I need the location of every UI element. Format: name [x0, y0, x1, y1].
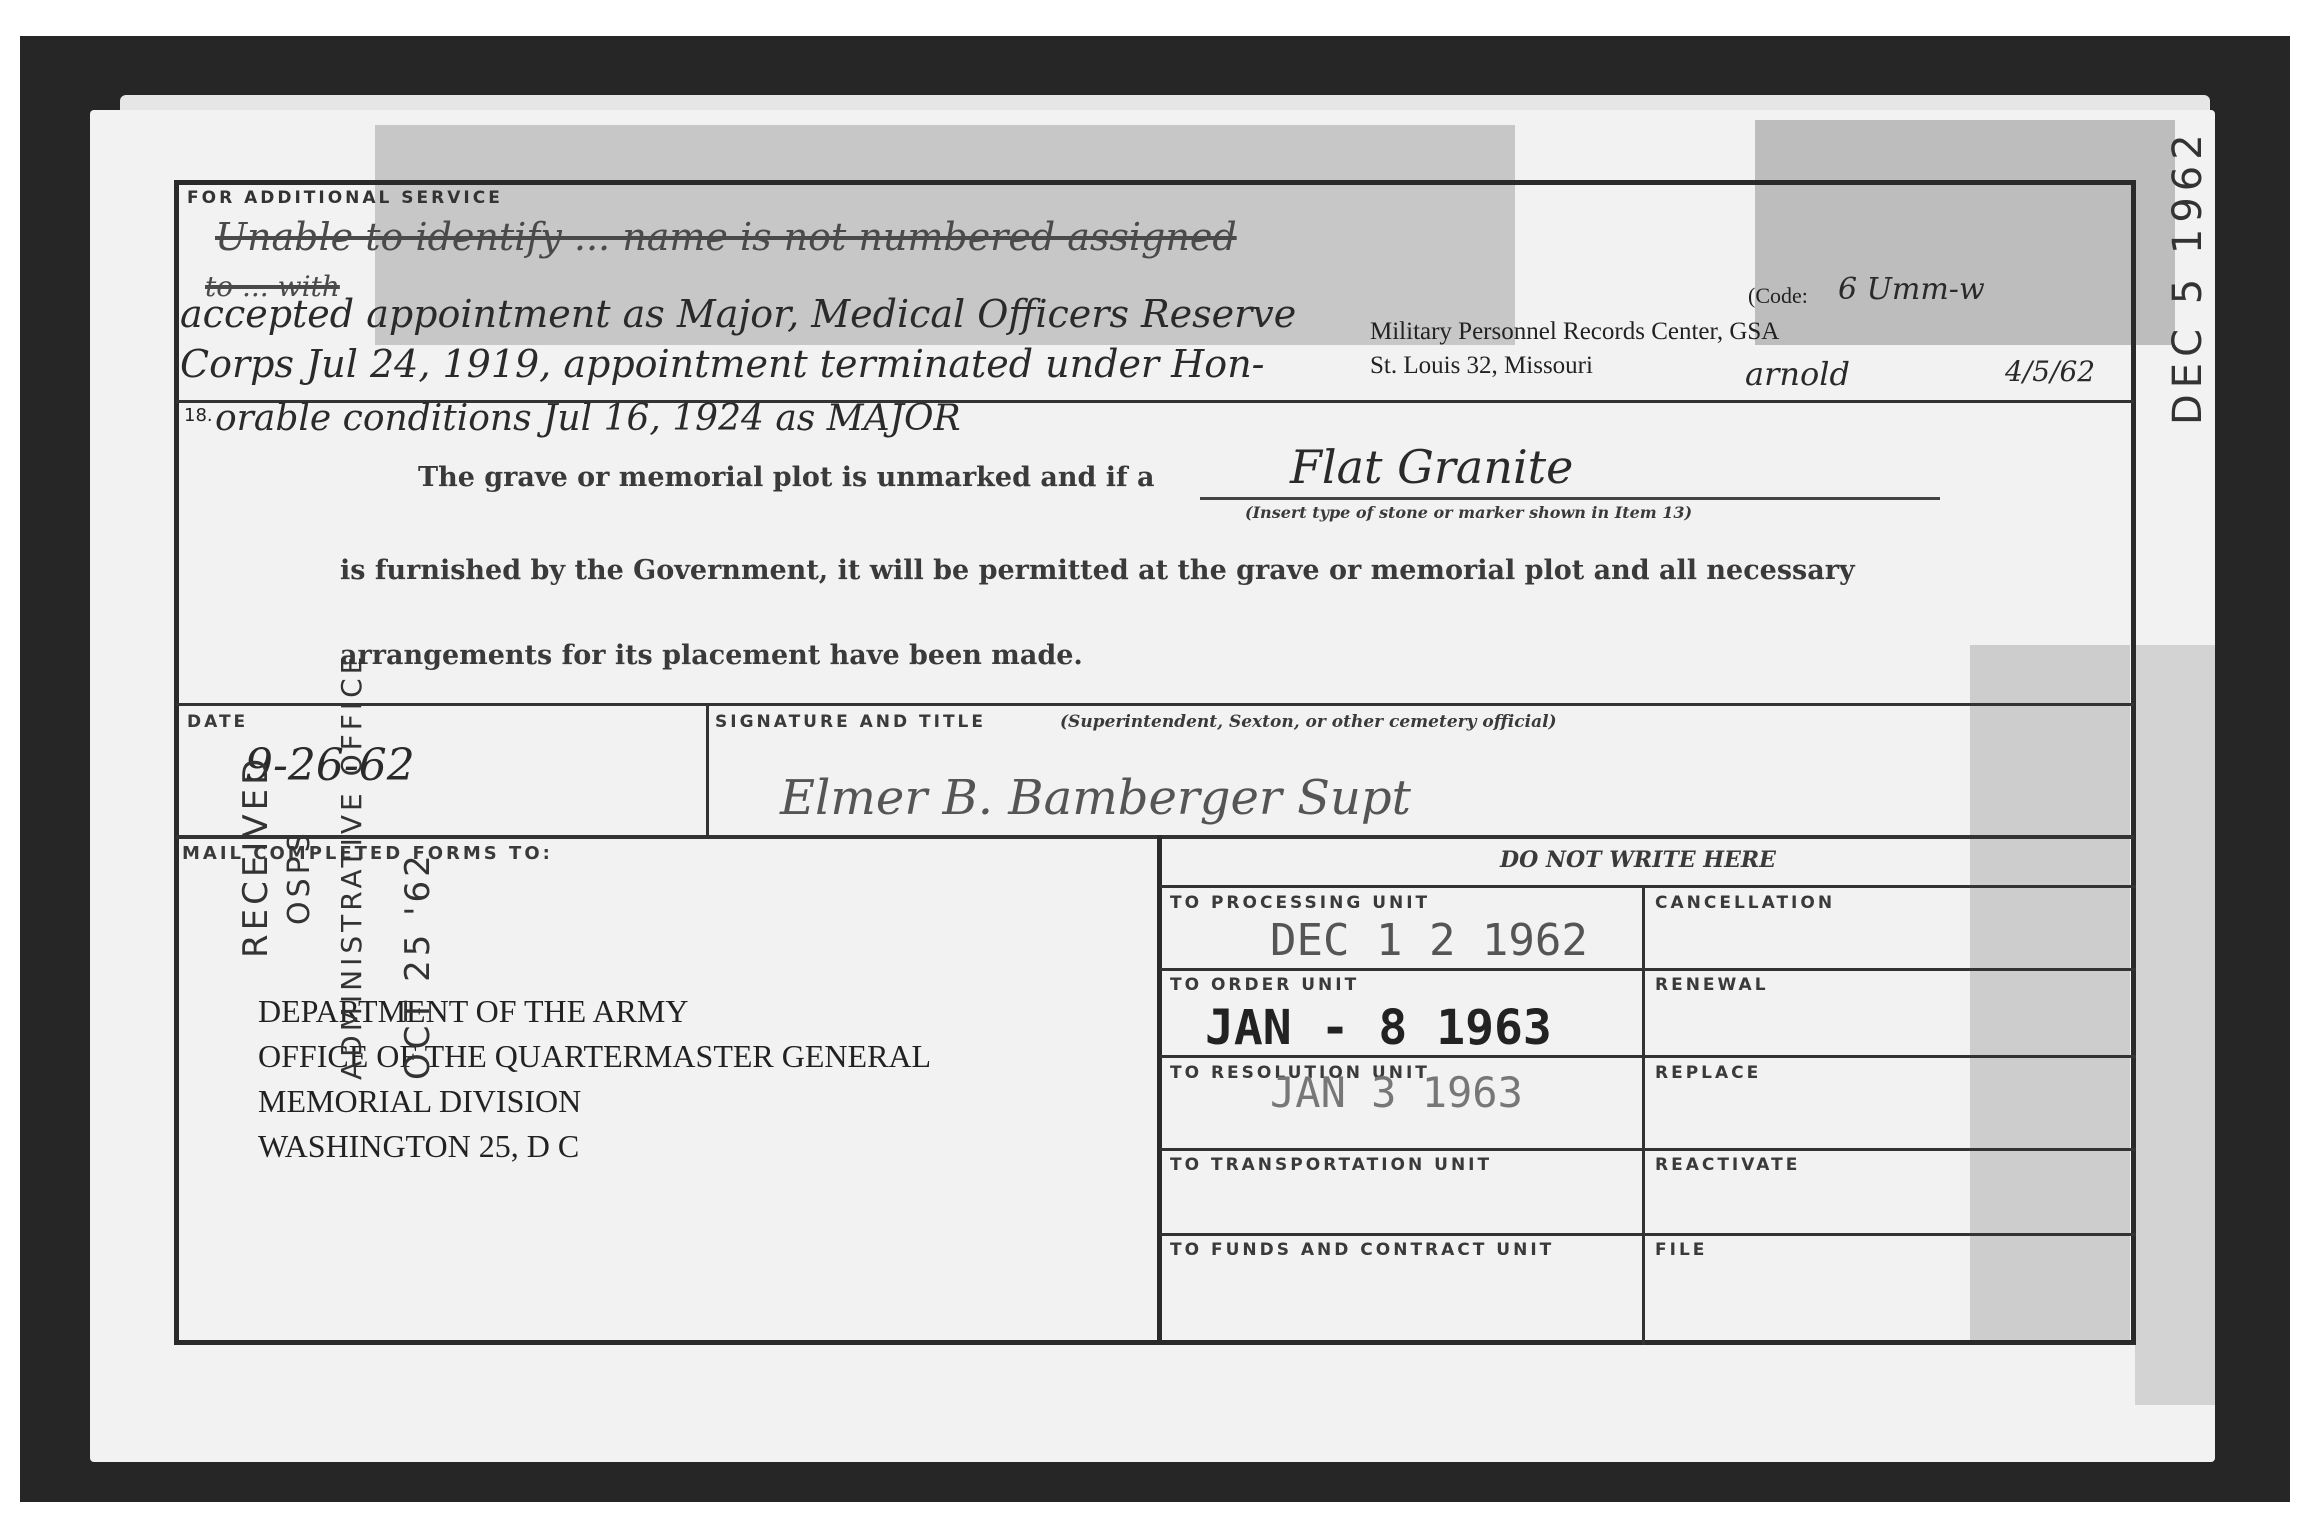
received-stamp-line2: OSPS [282, 829, 317, 925]
office-use-header: DO NOT WRITE HERE [1500, 847, 1776, 873]
service-note-line2: Corps Jul 24, 1919, appointment terminat… [180, 342, 1265, 386]
renewal-label: RENEWAL [1655, 975, 1769, 995]
reviewer-initials: arnold [1745, 355, 1850, 393]
signature-hint: (Superintendent, Sexton, or other cemete… [1060, 712, 1557, 732]
statement-line1: The grave or memorial plot is unmarked a… [418, 462, 1155, 493]
marker-type-hint: (Insert type of stone or marker shown in… [1245, 503, 1692, 522]
additional-service-label: FOR ADDITIONAL SERVICE [187, 188, 503, 208]
replace-label: REPLACE [1655, 1063, 1761, 1083]
order-unit-stamp: JAN - 8 1963 [1205, 1000, 1552, 1056]
reactivate-label: REACTIVATE [1655, 1155, 1800, 1175]
item-number: 18. [184, 405, 213, 426]
statement-line3: arrangements for its placement have been… [340, 640, 1083, 671]
processing-unit-stamp: DEC 1 2 1962 [1270, 915, 1588, 966]
received-stamp-line4: OCT 25 '62 [398, 851, 438, 1080]
order-unit-label: TO ORDER UNIT [1170, 975, 1359, 995]
divider [176, 703, 2134, 706]
file-label: FILE [1655, 1240, 1707, 1260]
divider [1160, 968, 2136, 971]
records-center-line2: St. Louis 32, Missouri [1370, 352, 1593, 380]
marker-type-value[interactable]: Flat Granite [1290, 440, 1573, 494]
divider [1160, 1233, 2136, 1236]
resolution-unit-stamp: JAN 3 1963 [1270, 1068, 1523, 1117]
address-line4: WASHINGTON 25, D C [258, 1128, 579, 1165]
code-label: (Code: [1748, 283, 1808, 309]
cancellation-label: CANCELLATION [1655, 893, 1835, 913]
service-note-line1: accepted appointment as Major, Medical O… [180, 292, 1296, 336]
received-stamp-line3: ADMINISTRATIVE OFFICE [335, 653, 368, 1080]
service-note-line3: orable conditions Jul 16, 1924 as MAJOR [215, 398, 961, 439]
records-center-line1: Military Personnel Records Center, GSA [1370, 318, 1779, 346]
divider [1160, 1148, 2136, 1151]
struck-handwriting-line1: Unable to identify ... name is not numbe… [215, 215, 1237, 259]
tape-shading [2135, 645, 2215, 1405]
code-value: 6 Umm-w [1838, 272, 1985, 307]
signature-value[interactable]: Elmer B. Bamberger Supt [780, 770, 1411, 826]
signature-label: SIGNATURE AND TITLE [715, 712, 986, 732]
date-label: DATE [187, 712, 248, 732]
divider [706, 703, 709, 835]
transportation-unit-label: TO TRANSPORTATION UNIT [1170, 1155, 1492, 1175]
funds-contract-unit-label: TO FUNDS AND CONTRACT UNIT [1170, 1240, 1554, 1260]
marker-type-underline [1200, 497, 1940, 500]
divider [1642, 885, 1645, 1345]
address-line1: DEPARTMENT OF THE ARMY [258, 993, 688, 1030]
address-line3: MEMORIAL DIVISION [258, 1083, 581, 1120]
reviewer-date: 4/5/62 [2005, 355, 2095, 388]
divider [1160, 885, 2136, 888]
received-date-stamp: DEC 5 1962 [2165, 128, 2211, 425]
received-stamp-line1: RECEIVED [236, 755, 276, 958]
statement-line2: is furnished by the Government, it will … [340, 555, 1855, 586]
divider [1160, 1055, 2136, 1058]
processing-unit-label: TO PROCESSING UNIT [1170, 893, 1430, 913]
